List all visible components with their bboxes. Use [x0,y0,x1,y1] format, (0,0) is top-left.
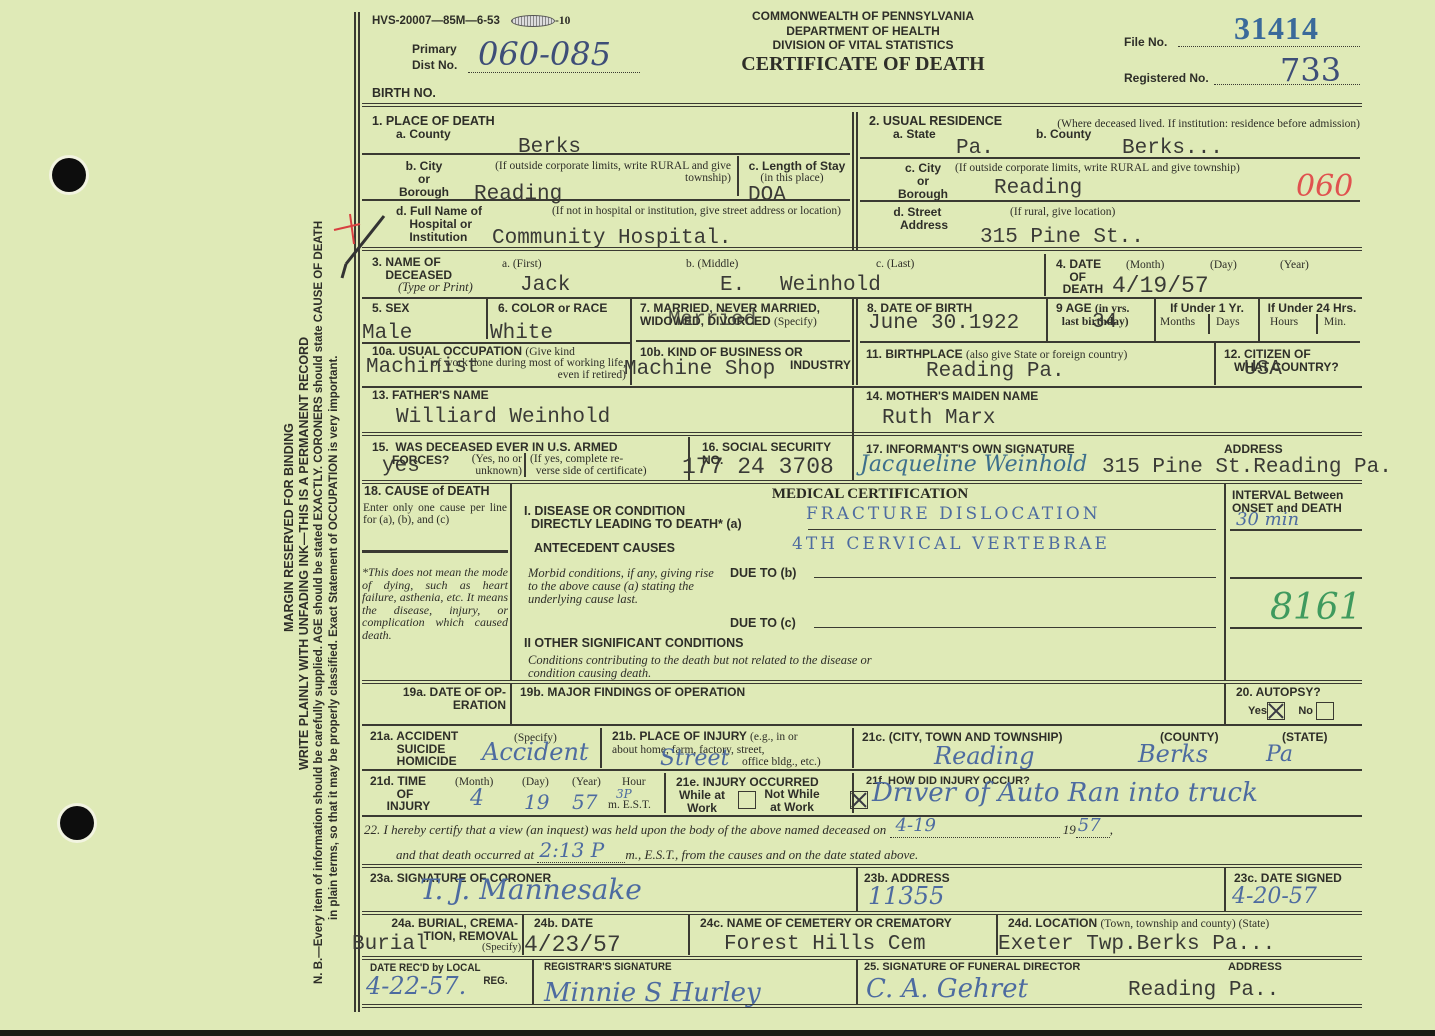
disease-label-2: DIRECTLY LEADING TO DEATH* [531,517,723,531]
disease-label-1: I. DISEASE OR CONDITION [524,504,685,518]
pod-stay-note: (in this place) [742,172,842,184]
divider [856,299,858,385]
informant-address-value: 315 Pine St.Reading Pa. [1102,457,1392,478]
cause-of-death-label: 18. CAUSE of DEATH [364,485,489,498]
under-1-year-label: If Under 1 Yr. [1156,302,1258,315]
page-bottom-edge [0,1030,1435,1036]
burial-date-label: 24b. DATE [534,917,593,930]
rule [860,200,1360,202]
under-24-hrs-label: If Under 24 Hrs. [1262,302,1362,315]
divider [1224,484,1226,680]
rule [860,157,1360,159]
registrar-signature-value: Minnie S Hurley [544,980,761,1006]
date-signed-value: 4-20-57 [1232,886,1317,908]
race-value: White [490,323,553,344]
divider [532,960,534,1004]
ur-city-value: Reading [994,178,1082,199]
autopsy-yes-label: Yes [1248,705,1267,717]
place-of-injury-value: Street [660,748,729,770]
registered-no-value: 733 [1280,54,1341,86]
certify-date-value: 4-19 [896,817,936,835]
dod-day-label: (Day) [1210,259,1237,271]
date-recd-value: 4-22-57. [366,974,466,998]
divider [852,437,854,481]
pod-city-value: Reading [474,184,562,205]
burial-location-note: (Town, township and county) (State) [1100,918,1269,930]
sex-value: Male [362,323,412,344]
marital-note: (Specify) [774,316,817,328]
form-code-text: HVS-20007—85M—6-53 [372,15,500,27]
burial-type-note: (Specify) [482,942,521,953]
informant-signature: Jacqueline Weinhold [860,454,1087,476]
name-label: 3. NAME OF DECEASED [372,256,452,281]
certify-line-2: and that death occurred at 2:13 P m., E.… [396,848,918,863]
burial-location-value: Exeter Twp.Berks Pa... [998,934,1275,955]
divider [1046,299,1048,341]
pod-county-value: Berks [518,137,581,158]
toi-est-label: m. E.S.T. [608,799,651,811]
rule [362,724,1362,726]
primary-label: Primary [412,43,457,56]
divider [600,728,602,768]
injury-county-value: Berks [1138,742,1208,766]
divider-sec1-sec2 [852,112,854,250]
divider [856,868,858,912]
left-border [354,12,356,1012]
margin-binding-note: MARGIN RESERVED FOR BINDING [282,423,296,632]
date-signed-label: 23c. DATE SIGNED [1234,872,1342,885]
injury-city-value: Reading [934,744,1034,768]
ur-county-label: b. County [1036,128,1091,141]
pod-city-label: b. CityorBorough [394,160,454,200]
file-no-label: File No. [1124,36,1167,49]
toi-month-value: 4 [470,788,484,810]
ur-state-value: Pa. [956,138,994,159]
divider [856,960,858,1004]
divider [1208,314,1210,334]
birth-no-label: BIRTH NO. [372,87,436,100]
morbid-note: Morbid conditions, if any, giving rise t… [528,567,722,606]
months-label: Months [1160,316,1195,328]
autopsy-label: 20. AUTOPSY? [1236,686,1321,699]
toi-year-label: (Year) [572,776,601,788]
cause-instructions: Enter only one cause per line for (a), (… [363,502,507,526]
cemetery-value: Forest Hills Cem [724,934,926,955]
agency-commonwealth: COMMONWEALTH OF PENNSYLVANIA [700,10,1026,23]
divider [510,484,512,680]
divider [1224,868,1226,912]
agency-department: DEPARTMENT OF HEALTH [700,25,1026,38]
line-b-rule [814,577,1216,578]
rule [362,769,1362,771]
other-conditions-label: II OTHER SIGNIFICANT CONDITIONS [524,637,743,650]
burial-location-label: 24d. LOCATION (Town, township and county… [1008,917,1269,930]
file-no-value: 31414 [1234,10,1319,47]
name-note: (Type or Print) [398,281,473,294]
certify-year-value: 57 [1078,817,1101,835]
line-a-rule [808,529,1216,530]
divider [1214,343,1216,385]
rule [362,680,1362,684]
pod-stay-label: c. Length of Stay [742,160,852,173]
how-injury-value: Driver of Auto Ran into truck [872,780,1258,806]
pod-hospital-label: d. Full Name of Hospital or Institution [396,205,482,245]
funeral-director-label: 25. SIGNATURE OF FUNERAL DIRECTOR [864,962,1080,974]
armed-forces-note-2: (If yes, complete re- verse side of cert… [530,453,680,477]
due-to-c-label: DUE TO (c) [730,617,796,630]
rule [1230,529,1362,531]
ur-state-label: a. State [893,128,936,141]
rule [362,199,850,201]
mother-value: Ruth Marx [882,408,995,429]
toi-day-label: (Day) [522,776,549,788]
rule [1230,627,1362,629]
dod-value: 4/19/57 [1112,275,1209,298]
pod-county-label: a. County [396,128,451,141]
line-a-value-2: 4TH CERVICAL VERTEBRAE [792,536,1110,553]
rule [362,153,850,155]
other-conditions-note: Conditions contributing to the death but… [528,654,888,680]
divider [486,299,488,339]
accident-value: Accident [482,740,589,764]
primary-dist-label: Primary Dist No. [412,43,457,71]
form-code: HVS-20007—85M—6-53 -10 [372,15,570,27]
primary-dist-value: 060-085 [478,38,611,70]
certify-year-prefix: 19 [1063,822,1076,837]
last-name-label: c. (Last) [876,258,914,270]
pod-city-note: (If outside corporate limits, write RURA… [455,160,731,184]
injury-state-value: Pa [1266,744,1293,766]
first-name-value: Jack [520,275,570,296]
business-value: Machine Shop [624,359,775,380]
date-of-death-label: 4. DATE OF DEATH [1056,258,1103,296]
father-label: 13. FATHER'S NAME [372,389,489,402]
pod-hospital-value: Community Hospital. [492,228,731,249]
middle-name-value: E. [720,275,745,296]
certify-text-3: m., E.S.T., from the causes and on the d… [625,847,918,862]
min-label: Min. [1324,316,1346,328]
pod-hospital-note: (If not in hospital or institution, give… [505,205,841,217]
ur-street-value: 315 Pine St.. [980,227,1144,248]
ur-street-label: d. Street Address [890,206,948,232]
burial-type-value: Burial [352,934,428,955]
divider [1316,314,1318,334]
divider [852,387,854,437]
rule [362,911,1362,915]
armed-forces-value: yes [382,456,420,477]
medical-certification-title: MEDICAL CERTIFICATION [700,486,1040,503]
mother-label: 14. MOTHER'S MAIDEN NAME [866,390,1038,403]
certify-date-field: 4-19 [890,823,1060,838]
rule [860,341,1360,343]
op-findings-label: 19b. MAJOR FINDINGS OF OPERATION [520,686,745,699]
autopsy-options: Yes No [1248,702,1334,720]
rule [362,956,1362,960]
dob-value: June 30.1922 [868,313,1019,334]
divider [737,156,739,196]
place-of-injury-label: 21b. PLACE OF INJURY (e.g., in or [612,730,798,743]
rule [362,386,1362,388]
divider [510,684,512,724]
divider [852,773,854,813]
certificate-title: CERTIFICATE OF DEATH [700,54,1026,75]
funeral-address-value: Reading Pa.. [1128,980,1279,1001]
rule [362,480,1362,484]
armed-forces-note: (Yes, no orunknown) [456,453,522,477]
registered-no-label: Registered No. [1124,72,1209,85]
place-of-injury-note: about home, farm, factory, street,office… [612,744,850,768]
disease-label: I. DISEASE OR CONDITION DIRECTLY LEADING… [524,505,742,531]
margin-ink-note: WRITE PLAINLY WITH UNFADING INK—THIS IS … [297,337,311,770]
header-rule [362,103,1362,107]
rule [362,432,1362,436]
rule [362,815,1362,817]
certify-time-value: 2:13 P [539,840,604,860]
bottom-rule [362,1004,1362,1008]
margin-nb-note: N. B.—Every item of information should b… [313,221,325,984]
op-date-label: 19a. DATE OF OP-ERATION [364,686,506,711]
divider [852,299,854,385]
hours-label: Hours [1270,316,1298,328]
informant-address-label: ADDRESS [1224,443,1283,456]
marital-value: Married [668,310,756,331]
divider [524,453,526,477]
antecedent-label: ANTECEDENT CAUSES [534,542,675,555]
funeral-director-signature: C. A. Gehret [866,976,1028,1002]
classification-code: 8161 [1270,590,1362,626]
not-while-at-work-label: Not Whileat Work [758,788,826,813]
cause-footnote: *This does not mean the mode of dying, s… [362,566,508,642]
accident-label: 21a. ACCIDENT SUICIDE HOMICIDE [370,730,458,768]
divider [852,728,854,768]
margin-plain-terms-note: in plain terms, so that it may be proper… [328,356,340,921]
coroner-address-value: 11355 [868,884,944,908]
ur-city-label: c. CityorBorough [893,162,953,202]
autopsy-no-checkbox[interactable] [1316,702,1334,720]
divider [664,773,666,813]
days-label: Days [1216,316,1240,328]
certify-text-2: and that death occurred at [396,847,534,862]
father-value: Williard Weinhold [396,407,610,428]
funeral-address-label: ADDRESS [1228,962,1282,974]
form-code-suffix: -10 [555,15,570,27]
line-c-rule [814,627,1216,628]
ur-county-value: Berks... [1122,138,1223,159]
rule [362,550,508,553]
rule [362,297,1362,299]
time-of-injury-label: 21d. TIME OF INJURY [370,775,430,813]
rule [636,340,850,342]
punch-hole-bottom [60,806,94,840]
autopsy-yes-checkbox[interactable] [1267,702,1285,720]
left-border-inner [358,12,360,1012]
coroner-signature-value: T. J. Mannesake [420,876,642,904]
divider [688,915,690,955]
ur-city-code: 060 [1296,172,1353,202]
dod-year-label: (Year) [1280,259,1309,271]
interval-value: 30 min [1236,511,1299,529]
certify-time-field: 2:13 P [537,848,625,863]
line-a-label: (a) [726,517,741,531]
dist-no-label: Dist No. [412,59,457,72]
occupation-value: Machinist [366,357,479,378]
agency-block: COMMONWEALTH OF PENNSYLVANIA DEPARTMENT … [700,10,1026,75]
divider-sec1-sec2-b [856,112,858,250]
divider [1044,254,1046,296]
dod-month-label: (Month) [1126,259,1164,271]
agency-division: DIVISION OF VITAL STATISTICS [700,39,1026,52]
line-a-value: FRACTURE DISLOCATION [806,506,1101,523]
punch-hole-top [52,158,86,192]
age-value: 34 [1092,312,1117,333]
citizen-value: USA [1244,359,1282,380]
last-name-value: Weinhold [780,275,881,296]
rule [362,864,1362,868]
pod-stay-value: DOA [748,185,786,206]
ssn-value: 177 24 3708 [682,456,834,479]
ur-city-note: (If outside corporate limits, write RURA… [955,162,1240,174]
certify-year-field: 57 [1076,823,1110,838]
certify-text-1: 22. I hereby certify that a view (an inq… [364,822,886,837]
burial-date-value: 4/23/57 [524,934,621,957]
ur-street-note: (If rural, give location) [1010,206,1115,218]
middle-name-label: b. (Middle) [686,258,738,270]
divider [1224,684,1226,724]
while-at-work-checkbox[interactable] [738,791,756,809]
union-seal-icon [511,15,555,27]
sex-label: 5. SEX [372,302,409,315]
first-name-label: a. (First) [502,258,542,270]
rule [1230,577,1362,579]
toi-year-value: 57 [572,792,597,812]
due-to-b-label: DUE TO (b) [730,567,796,580]
birthplace-value: Reading Pa. [926,361,1065,382]
while-at-work-label: While atWork [672,789,732,814]
rule [362,247,1362,251]
divider [1258,299,1260,341]
autopsy-no-label: No [1298,705,1313,717]
certify-line-1: 22. I hereby certify that a view (an inq… [364,823,1113,838]
toi-day-value: 19 [524,792,549,812]
registrar-signature-label: REGISTRAR'S SIGNATURE [544,962,672,974]
race-label: 6. COLOR or RACE [498,302,607,315]
cemetery-label: 24c. NAME OF CEMETERY OR CREMATORY [700,917,952,930]
